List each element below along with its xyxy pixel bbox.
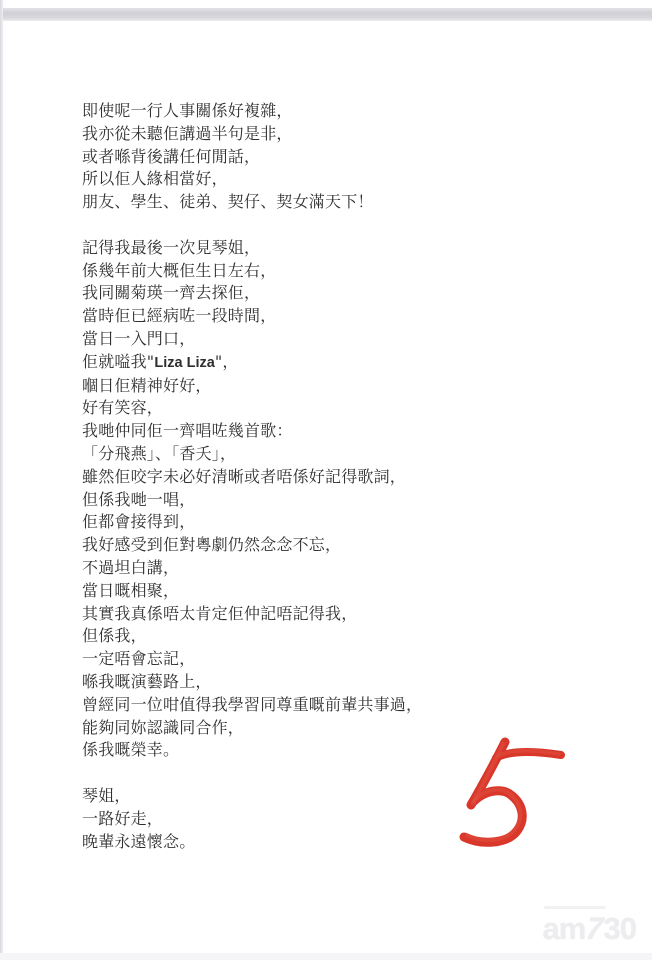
letter-line: 但係我， — [82, 625, 422, 648]
letter-line: 「分飛燕」、「香夭」， — [82, 443, 422, 466]
letter-line: 所以佢人緣相當好， — [82, 168, 422, 191]
line-text: 其實我真係唔太肯定佢仲記唔記得我， — [82, 604, 357, 623]
letter-line: 或者喺背後講任何閒話， — [82, 146, 422, 169]
line-text: 但係我， — [82, 626, 147, 645]
letter-line: 琴姐， — [82, 785, 422, 808]
letter-paragraph: 記得我最後一次見琴姐，係幾年前大概佢生日左右，我同關菊瑛一齊去探佢，當時佢已經病… — [82, 237, 422, 762]
letter-line: 我哋仲同佢一齊唱咗幾首歌： — [82, 420, 422, 443]
letter-line: 當時佢已經病咗一段時間， — [82, 305, 422, 328]
letter-paragraph: 琴姐，一路好走，晚輩永遠懷念。 — [82, 785, 422, 853]
line-text: 一路好走， — [82, 809, 163, 828]
line-text: 當時佢已經病咗一段時間， — [82, 306, 276, 325]
line-text: 我哋仲同佢一齊唱咗幾首歌： — [82, 421, 293, 440]
letter-line: 當日嘅相聚， — [82, 580, 422, 603]
line-text: 不過坦白講， — [82, 558, 179, 577]
watermark-am: am — [542, 911, 585, 946]
letter-line: 一路好走， — [82, 808, 422, 831]
letter-line: 佢就嗌我"Liza Liza"， — [82, 351, 422, 375]
line-text: 嗰日佢精神好好， — [82, 376, 212, 395]
line-text: 當日嘅相聚， — [82, 581, 179, 600]
letter-line: 即使呢一行人事關係好複雜， — [82, 100, 422, 123]
line-text: 曾經同一位咁值得我學習同尊重嘅前輩共事過， — [82, 695, 422, 714]
watermark-tagline-bar — [544, 906, 606, 909]
letter-line: 朋友、學生、徒弟、契仔、契女滿天下！ — [82, 191, 422, 214]
line-text: 佢都會接得到， — [82, 512, 195, 531]
letter-line: 我同關菊瑛一齊去探佢， — [82, 282, 422, 305]
letter-text: 即使呢一行人事關係好複雜，我亦從未聽佢講過半句是非，或者喺背後講任何閒話，所以佢… — [82, 100, 422, 876]
letter-line: 喺我嘅演藝路上， — [82, 671, 422, 694]
line-text: 我亦從未聽佢講過半句是非， — [82, 124, 293, 143]
line-text: 一定唔會忘記， — [82, 649, 195, 668]
bold-latin-name: Liza Liza — [154, 355, 214, 371]
line-text: 雖然佢咬字未必好清晰或者唔係好記得歌詞， — [82, 467, 406, 486]
letter-line: 曾經同一位咁值得我學習同尊重嘅前輩共事過， — [82, 694, 422, 717]
line-text: 好有笑容， — [82, 398, 163, 417]
letter-paragraph: 即使呢一行人事關係好複雜，我亦從未聽佢講過半句是非，或者喺背後講任何閒話，所以佢… — [82, 100, 422, 214]
line-text: 喺我嘅演藝路上， — [82, 672, 212, 691]
handwritten-5-annotation — [440, 712, 590, 862]
letter-line: 雖然佢咬字未必好清晰或者唔係好記得歌詞， — [82, 466, 422, 489]
line-text: 即使呢一行人事關係好複雜， — [82, 101, 293, 120]
line-text: 當日一入門口， — [82, 329, 195, 348]
line-text: 所以佢人緣相當好， — [82, 169, 228, 188]
letter-line: 晚輩永遠懷念。 — [82, 831, 422, 854]
line-text: 係幾年前大概佢生日左右， — [82, 261, 276, 280]
line-text: 記得我最後一次見琴姐， — [82, 238, 260, 257]
watermark-thirty: 30 — [604, 911, 636, 946]
letter-line: 能夠同妳認識同合作， — [82, 717, 422, 740]
line-text: 我好感受到佢對粵劇仍然念念不忘， — [82, 535, 341, 554]
letter-line: 佢都會接得到， — [82, 511, 422, 534]
letter-line: 我亦從未聽佢講過半句是非， — [82, 123, 422, 146]
line-text: 「分飛燕」、「香夭」， — [82, 444, 236, 463]
line-text: "， — [215, 352, 239, 371]
letter-line: 係我嘅榮幸。 — [82, 739, 422, 762]
letter-line: 當日一入門口， — [82, 328, 422, 351]
letter-line: 一定唔會忘記， — [82, 648, 422, 671]
line-text: 係我嘅榮幸。 — [82, 740, 179, 759]
line-text: 琴姐， — [82, 786, 131, 805]
line-text: 朋友、學生、徒弟、契仔、契女滿天下！ — [82, 192, 374, 211]
letter-line: 但係我哋一唱， — [82, 489, 422, 512]
page-bottom-edge — [0, 953, 652, 960]
line-text: 或者喺背後講任何閒話， — [82, 147, 260, 166]
page-separator — [0, 8, 652, 21]
letter-line: 好有笑容， — [82, 397, 422, 420]
line-text: 我同關菊瑛一齊去探佢， — [82, 283, 260, 302]
line-text: 佢就嗌我" — [82, 352, 154, 371]
letter-line: 不過坦白講， — [82, 557, 422, 580]
letter-line: 係幾年前大概佢生日左右， — [82, 260, 422, 283]
line-text: 能夠同妳認識同合作， — [82, 718, 244, 737]
am730-watermark-logo: am730 — [542, 911, 636, 947]
page-left-edge — [0, 0, 3, 960]
letter-line: 我好感受到佢對粵劇仍然念念不忘， — [82, 534, 422, 557]
line-text: 晚輩永遠懷念。 — [82, 832, 195, 851]
letter-line: 記得我最後一次見琴姐， — [82, 237, 422, 260]
line-text: 但係我哋一唱， — [82, 490, 195, 509]
letter-line: 其實我真係唔太肯定佢仲記唔記得我， — [82, 603, 422, 626]
letter-line: 嗰日佢精神好好， — [82, 375, 422, 398]
